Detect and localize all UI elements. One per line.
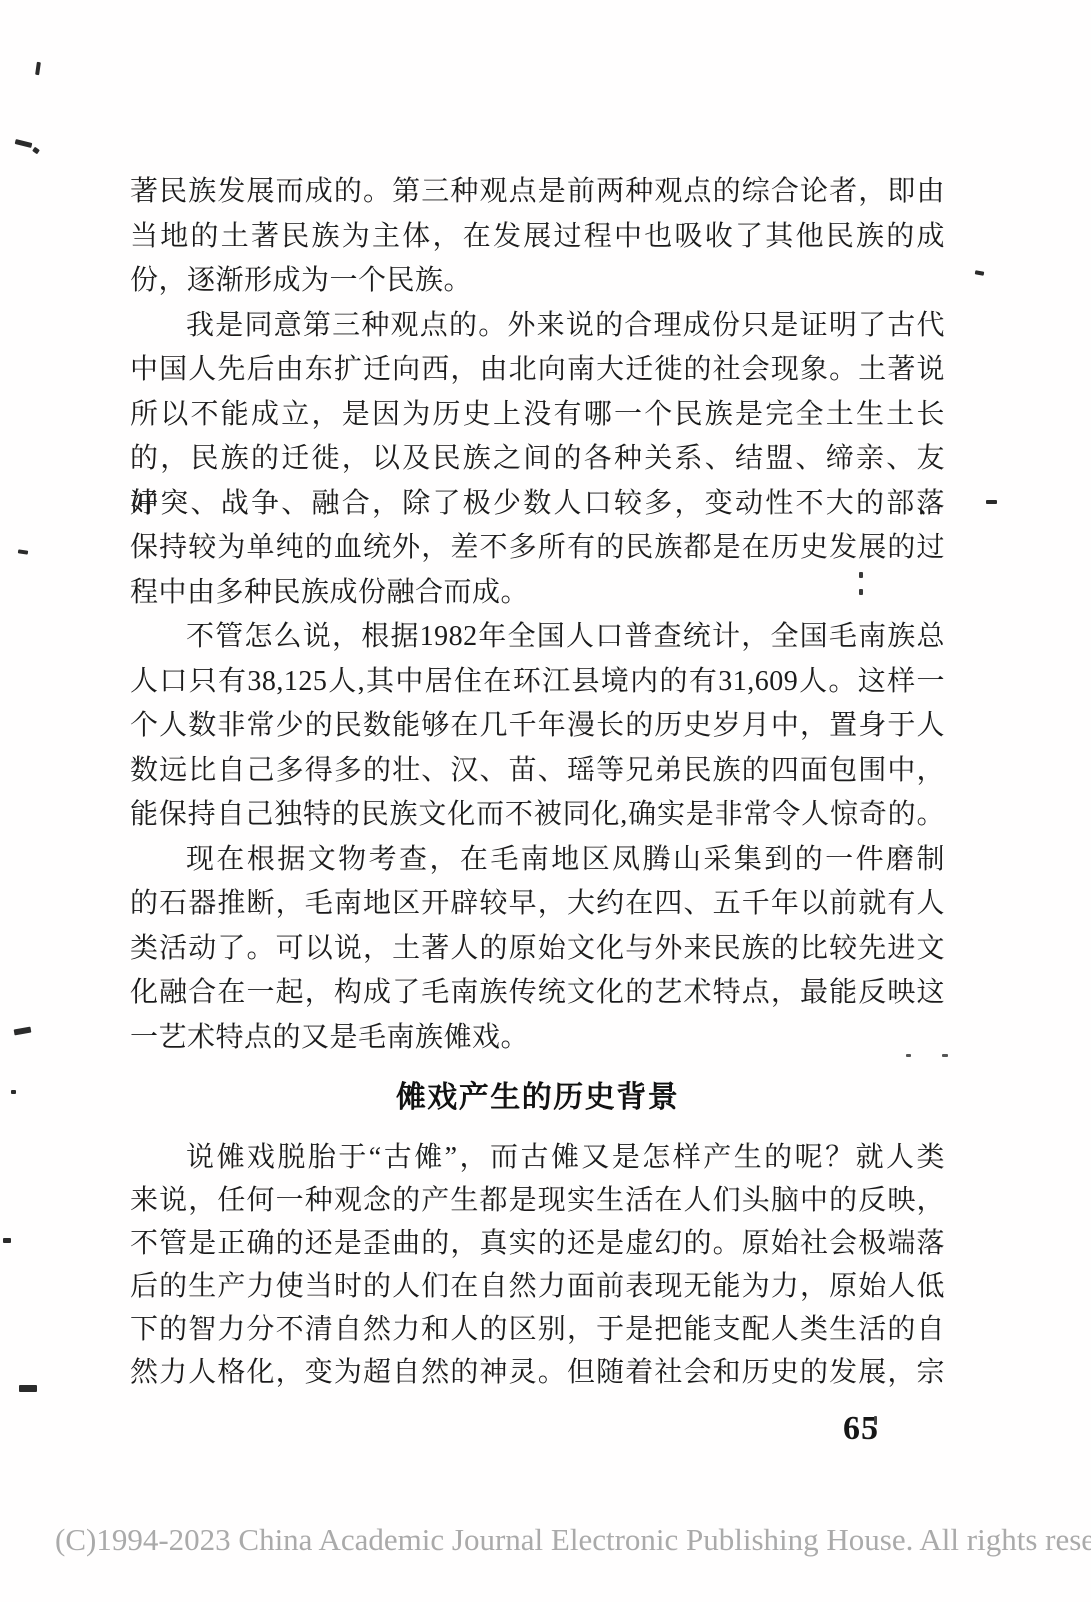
text-line: 一艺术特点的又是毛南族傩戏。 (130, 1016, 945, 1061)
text-line: 现在根据文物考查，在毛南地区凤腾山采集到的一件磨制 (130, 838, 945, 883)
scan-speck (32, 147, 40, 155)
scan-speck (942, 1054, 948, 1057)
text-line: 不管怎么说，根据1982年全国人口普查统计，全国毛南族总 (130, 615, 945, 660)
scan-speck (3, 1238, 11, 1243)
scan-speck (859, 572, 863, 578)
scan-speck (874, 1416, 877, 1425)
text-line: 个人数非常少的民数能够在几千年漫长的历史岁月中，置身于人 (130, 704, 945, 749)
text-line: 说傩戏脱胎于“古傩”，而古傩又是怎样产生的呢？就人类 (130, 1136, 945, 1179)
text-line: 数远比自己多得多的壮、汉、苗、瑶等兄弟民族的四面包围中， (130, 749, 945, 794)
scan-speck (19, 1385, 37, 1392)
text-line: 后的生产力使当时的人们在自然力面前表现无能为力，原始人低 (130, 1265, 945, 1308)
text-line: 当地的土著民族为主体，在发展过程中也吸收了其他民族的成 (130, 215, 945, 260)
text-line: 然力人格化，变为超自然的神灵。但随着社会和历史的发展，宗 (130, 1351, 945, 1394)
text-line: 的石器推断，毛南地区开辟较早，大约在四、五千年以前就有人 (130, 882, 945, 927)
text-line: 不管是正确的还是歪曲的，真实的还是虚幻的。原始社会极端落 (130, 1222, 945, 1265)
text-line: 所以不能成立，是因为历史上没有哪一个民族是完全土生土长 (130, 393, 945, 438)
text-line: 的，民族的迁徙，以及民族之间的各种关系、结盟、缔亲、友好、 (130, 437, 945, 482)
text-line: 能保持自己独特的民族文化而不被同化,确实是非常令人惊奇的。 (130, 793, 945, 838)
text-line: 份，逐渐形成为一个民族。 (130, 259, 945, 304)
text-line: 中国人先后由东扩迁向西，由北向南大迁徙的社会现象。土著说 (130, 348, 945, 393)
text-line: 下的智力分不清自然力和人的区别，于是把能支配人类生活的自 (130, 1308, 945, 1351)
scan-speck (14, 1027, 32, 1036)
text-column-upper: 著民族发展而成的。第三种观点是前两种观点的综合论者，即由 当地的土著民族为主体，… (130, 170, 945, 1060)
section-heading: 傩戏产生的历史背景 (130, 1072, 945, 1116)
copyright-notice: (C)1994-2023 China Academic Journal Elec… (55, 1522, 1091, 1558)
scan-speck (975, 270, 985, 276)
scan-speck (986, 500, 997, 504)
text-line: 类活动了。可以说，土著人的原始文化与外来民族的比较先进文 (130, 927, 945, 972)
scan-speck (18, 549, 28, 554)
text-line: 程中由多种民族成份融合而成。 (130, 571, 945, 616)
scan-speck (859, 589, 863, 595)
scan-speck (15, 139, 33, 148)
text-line: 化融合在一起，构成了毛南族传统文化的艺术特点，最能反映这 (130, 971, 945, 1016)
text-line: 冲突、战争、融合，除了极少数人口较多，变动性不大的部落 (130, 482, 945, 527)
scanned-journal-page: 著民族发展而成的。第三种观点是前两种观点的综合论者，即由 当地的土著民族为主体，… (0, 0, 1091, 1602)
scan-speck (11, 1090, 16, 1094)
text-line: 人口只有38,125人,其中居住在环江县境内的有31,609人。这样一 (130, 660, 945, 705)
text-line: 来说，任何一种观念的产生都是现实生活在人们头脑中的反映， (130, 1179, 945, 1222)
scan-speck (906, 1054, 911, 1057)
text-line: 著民族发展而成的。第三种观点是前两种观点的综合论者，即由 (130, 170, 945, 215)
scan-speck (35, 62, 41, 75)
text-column-lower: 说傩戏脱胎于“古傩”，而古傩又是怎样产生的呢？就人类 来说，任何一种观念的产生都… (130, 1136, 945, 1394)
text-line: 我是同意第三种观点的。外来说的合理成份只是证明了古代 (130, 304, 945, 349)
text-line: 保持较为单纯的血统外，差不多所有的民族都是在历史发展的过 (130, 526, 945, 571)
